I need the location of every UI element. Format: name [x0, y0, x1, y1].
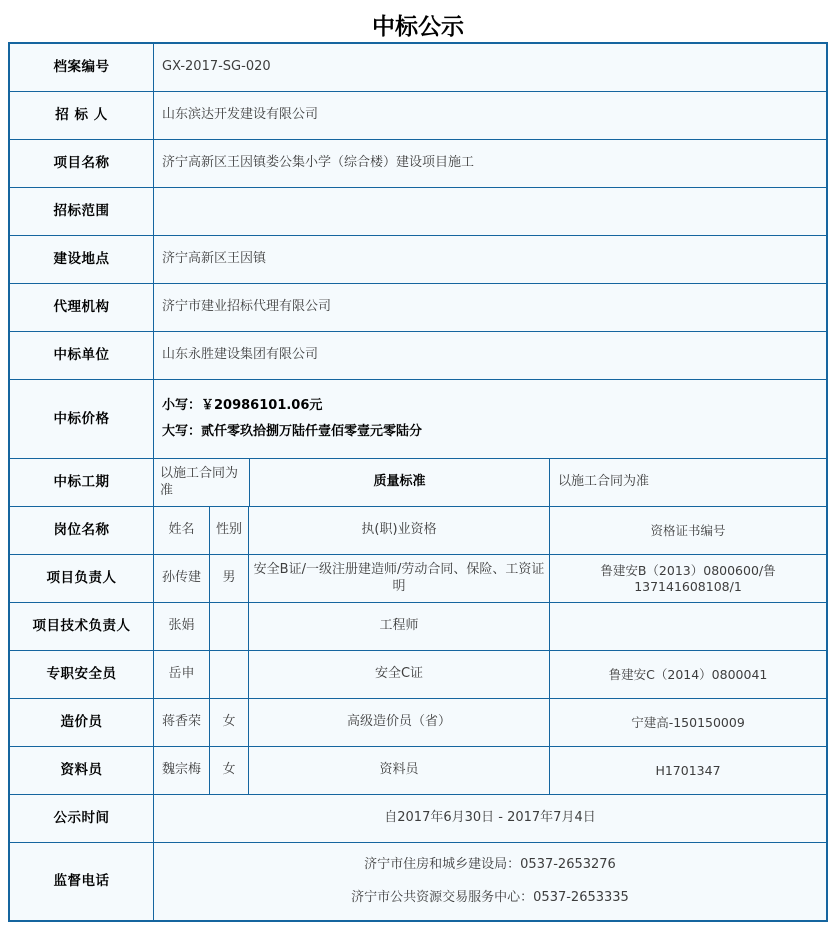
staff-qualification: 工程师 — [249, 603, 550, 650]
construction-location-label: 建设地点 — [10, 236, 154, 283]
staff-gender — [210, 603, 249, 650]
position-column-header: 岗位名称 — [10, 507, 154, 554]
table-row-technical-manager: 项目技术负责人 张娟 工程师 — [10, 603, 826, 651]
phone-line-construction-bureau: 济宁市住房和城乡建设局：0537-2653276 — [364, 857, 616, 873]
staff-name: 孙传建 — [154, 555, 210, 602]
table-row-winning-price: 中标价格 小写：￥20986101.06元 大写：贰仟零玖拾捌万陆仟壹佰零壹元零… — [10, 380, 826, 459]
table-row-safety-officer: 专职安全员 岳申 安全C证 鲁建安C（2014）0800041 — [10, 651, 826, 699]
construction-location-value: 济宁高新区王因镇 — [154, 236, 826, 283]
staff-gender: 女 — [210, 699, 249, 746]
name-column-header: 姓名 — [154, 507, 210, 554]
staff-qualification: 安全C证 — [249, 651, 550, 698]
staff-position: 专职安全员 — [10, 651, 154, 698]
staff-certificate: 鲁建安C（2014）0800041 — [550, 651, 826, 698]
bid-announcement-table: 档案编号 GX-2017-SG-020 招 标 人 山东滨达开发建设有限公司 项… — [8, 42, 828, 922]
staff-position: 资料员 — [10, 747, 154, 794]
project-name-value: 济宁高新区王因镇娄公集小学（综合楼）建设项目施工 — [154, 140, 826, 187]
table-row-cost-estimator: 造价员 蒋香荣 女 高级造价员（省） 宁建高-150150009 — [10, 699, 826, 747]
staff-certificate: H1701347 — [550, 747, 826, 794]
construction-period-label: 中标工期 — [10, 459, 154, 506]
staff-gender: 女 — [210, 747, 249, 794]
table-row-construction-location: 建设地点 济宁高新区王因镇 — [10, 236, 826, 284]
agency-value: 济宁市建业招标代理有限公司 — [154, 284, 826, 331]
table-row-tender-scope: 招标范围 — [10, 188, 826, 236]
tenderer-label: 招 标 人 — [10, 92, 154, 139]
qualification-column-header: 执(职)业资格 — [249, 507, 550, 554]
tender-scope-value — [154, 188, 826, 235]
staff-name: 魏宗梅 — [154, 747, 210, 794]
supervision-phone-value: 济宁市住房和城乡建设局：0537-2653276 济宁市公共资源交易服务中心：0… — [154, 843, 826, 920]
tenderer-value: 山东滨达开发建设有限公司 — [154, 92, 826, 139]
staff-name: 蒋香荣 — [154, 699, 210, 746]
archive-number-value: GX-2017-SG-020 — [154, 44, 826, 91]
staff-position: 项目技术负责人 — [10, 603, 154, 650]
table-row-project-manager: 项目负责人 孙传建 男 安全B证/一级注册建造师/劳动合同、保险、工资证明 鲁建… — [10, 555, 826, 603]
staff-certificate — [550, 603, 826, 650]
phone-line-trade-center: 济宁市公共资源交易服务中心：0537-2653335 — [351, 890, 629, 906]
table-row-document-clerk: 资料员 魏宗梅 女 资料员 H1701347 — [10, 747, 826, 795]
table-row-construction-period: 中标工期 以施工合同为准 质量标准 以施工合同为准 — [10, 459, 826, 507]
certificate-column-header: 资格证书编号 — [550, 507, 826, 554]
quality-standard-label: 质量标准 — [250, 459, 550, 506]
page-title: 中标公示 — [0, 0, 836, 42]
staff-gender: 男 — [210, 555, 249, 602]
staff-qualification: 安全B证/一级注册建造师/劳动合同、保险、工资证明 — [249, 555, 550, 602]
supervision-phone-label: 监督电话 — [10, 843, 154, 920]
announcement-period-value: 自2017年6月30日 - 2017年7月4日 — [154, 795, 826, 842]
agency-label: 代理机构 — [10, 284, 154, 331]
construction-period-value: 以施工合同为准 — [154, 459, 250, 506]
gender-column-header: 性别 — [210, 507, 249, 554]
winning-price-value: 小写：￥20986101.06元 大写：贰仟零玖拾捌万陆仟壹佰零壹元零陆分 — [154, 380, 826, 458]
winning-bidder-label: 中标单位 — [10, 332, 154, 379]
project-name-label: 项目名称 — [10, 140, 154, 187]
table-row-announcement-period: 公示时间 自2017年6月30日 - 2017年7月4日 — [10, 795, 826, 843]
table-row-winning-bidder: 中标单位 山东永胜建设集团有限公司 — [10, 332, 826, 380]
table-row-supervision-phone: 监督电话 济宁市住房和城乡建设局：0537-2653276 济宁市公共资源交易服… — [10, 843, 826, 920]
table-row-tenderer: 招 标 人 山东滨达开发建设有限公司 — [10, 92, 826, 140]
staff-name: 张娟 — [154, 603, 210, 650]
price-numeric: 小写：￥20986101.06元 — [162, 398, 322, 414]
announcement-period-label: 公示时间 — [10, 795, 154, 842]
staff-qualification: 高级造价员（省） — [249, 699, 550, 746]
staff-position: 项目负责人 — [10, 555, 154, 602]
tender-scope-label: 招标范围 — [10, 188, 154, 235]
staff-certificate: 鲁建安B（2013）0800600/鲁137141608108/1 — [550, 555, 826, 602]
table-row-archive-number: 档案编号 GX-2017-SG-020 — [10, 44, 826, 92]
archive-number-label: 档案编号 — [10, 44, 154, 91]
table-row-agency: 代理机构 济宁市建业招标代理有限公司 — [10, 284, 826, 332]
table-row-project-name: 项目名称 济宁高新区王因镇娄公集小学（综合楼）建设项目施工 — [10, 140, 826, 188]
staff-certificate: 宁建高-150150009 — [550, 699, 826, 746]
price-in-words: 大写：贰仟零玖拾捌万陆仟壹佰零壹元零陆分 — [162, 424, 422, 440]
staff-qualification: 资料员 — [249, 747, 550, 794]
staff-position: 造价员 — [10, 699, 154, 746]
winning-price-label: 中标价格 — [10, 380, 154, 458]
staff-gender — [210, 651, 249, 698]
staff-name: 岳申 — [154, 651, 210, 698]
winning-bidder-value: 山东永胜建设集团有限公司 — [154, 332, 826, 379]
table-row-staff-header: 岗位名称 姓名 性别 执(职)业资格 资格证书编号 — [10, 507, 826, 555]
quality-standard-value: 以施工合同为准 — [550, 459, 826, 506]
